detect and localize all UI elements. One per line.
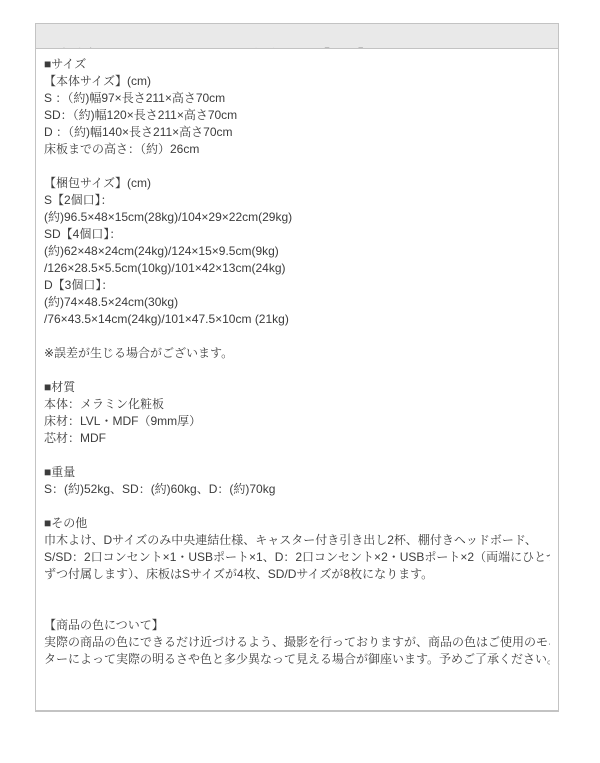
spec-line-blank [44, 583, 550, 600]
spec-line-color-note-text-1: 実際の商品の色にできるだけ近づけるよう、撮影を行っておりますが、商品の色はご使用… [44, 634, 550, 651]
spec-line-color-note-text-2: ターによって実際の明るさや色と多少異なって見える場合が御座います。予めご了承くだ… [44, 651, 550, 668]
spec-line-package-sd-values-2: /126×28.5×5.5cm(10kg)/101×42×13cm(24kg) [44, 260, 550, 277]
spec-line-tolerance-note: ※誤差が生じる場合がございます。 [44, 345, 550, 362]
spec-line-package-s-values: (約)96.5×48×15cm(28kg)/104×29×22cm(29kg) [44, 209, 550, 226]
product-spec-panel: 高強度シャビーデザインおしゃれ収納ベッド【Elliot】 ■サイズ 【本体サイズ… [35, 23, 559, 712]
spec-line-blank [44, 447, 550, 464]
spec-line-other-text-1: 巾木よけ、Dサイズのみ中央連結仕様、キャスター付き引き出し2杯、棚付きヘッドボー… [44, 532, 550, 549]
spec-line-blank [44, 498, 550, 515]
spec-line-package-d-label: D【3個口】： [44, 277, 550, 294]
spec-line-size-heading: ■サイズ [44, 56, 550, 73]
spec-line-blank [44, 328, 550, 345]
spec-line-floor-height: 床板までの高さ：（約）26cm [44, 141, 550, 158]
spec-line-blank [44, 362, 550, 379]
spec-line-package-d-values-2: /76×43.5×14cm(24kg)/101×47.5×10cm (21kg) [44, 311, 550, 328]
spec-line-other-text-3: ずつ付属します）、床板はSサイズが4枚、SD/Dサイズが8枚になります。 [44, 566, 550, 583]
spec-body: ■サイズ 【本体サイズ】(cm) S ：（約)幅97×長さ211×高さ70cm … [35, 49, 559, 712]
spec-line-weight-heading: ■重量 [44, 464, 550, 481]
spec-line-package-s-label: S【2個口】： [44, 192, 550, 209]
spec-line-blank [44, 600, 550, 617]
spec-line-blank [44, 158, 550, 175]
spec-line-weight-values: S：(約)52kg、SD：(約)60kg、D：(約)70kg [44, 481, 550, 498]
product-title-bar: 高強度シャビーデザインおしゃれ収納ベッド【Elliot】 [35, 23, 559, 49]
spec-line-package-sd-values-1: (約)62×48×24cm(24kg)/124×15×9.5cm(9kg) [44, 243, 550, 260]
spec-line-other-heading: ■その他 [44, 515, 550, 532]
spec-line-size-s: S ：（約)幅97×長さ211×高さ70cm [44, 90, 550, 107]
spec-line-package-size-label: 【梱包サイズ】(cm) [44, 175, 550, 192]
spec-line-package-d-values-1: (約)74×48.5×24cm(30kg) [44, 294, 550, 311]
spec-line-material-heading: ■材質 [44, 379, 550, 396]
spec-line-body-size-label: 【本体サイズ】(cm) [44, 73, 550, 90]
spec-line-material-core: 芯材：MDF [44, 430, 550, 447]
spec-line-package-sd-label: SD【4個口】： [44, 226, 550, 243]
spec-line-material-body: 本体：メラミン化粧板 [44, 396, 550, 413]
spec-line-material-floor: 床材：LVL・MDF（9mm厚） [44, 413, 550, 430]
spec-line-size-sd: SD：（約)幅120×長さ211×高さ70cm [44, 107, 550, 124]
spec-line-size-d: D ：（約)幅140×長さ211×高さ70cm [44, 124, 550, 141]
spec-line-other-text-2: S/SD：2口コンセント×1・USBポート×1、D：2口コンセント×2・USBポ… [44, 549, 550, 566]
spec-line-color-note-heading: 【商品の色について】 [44, 617, 550, 634]
